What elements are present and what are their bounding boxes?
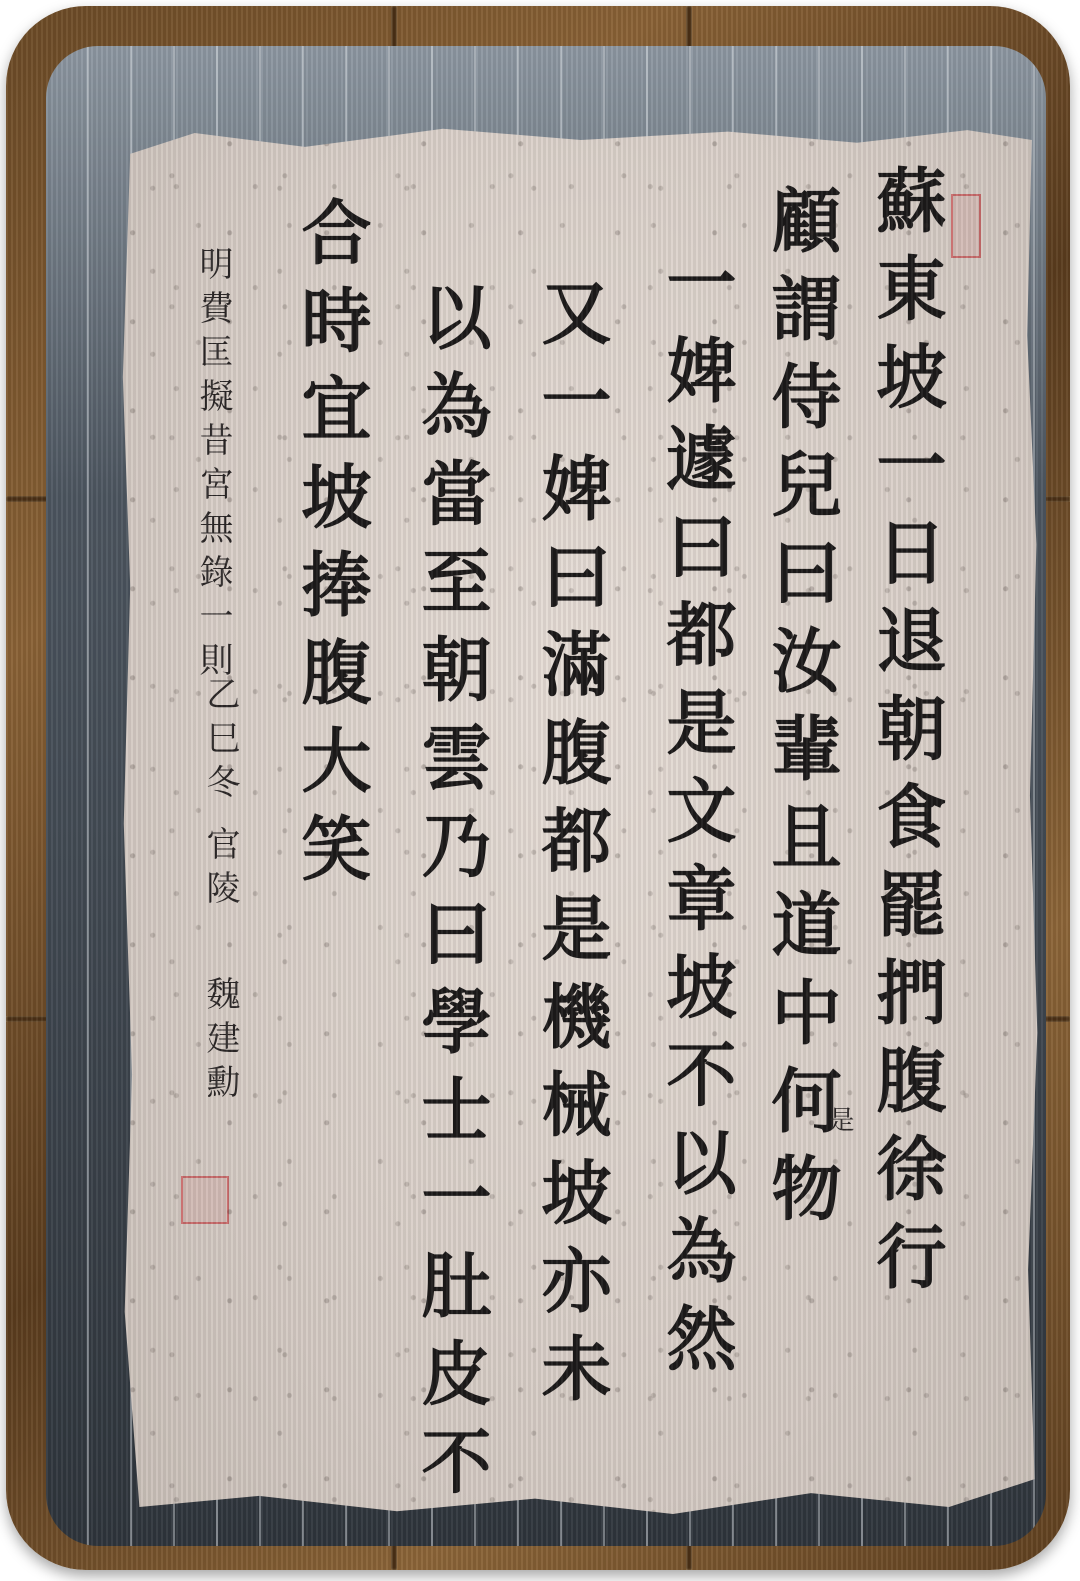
leading-seal xyxy=(951,194,981,258)
calligraphy-column-2: 顧謂侍兒曰汝輩且道中何物 xyxy=(751,184,852,1240)
calligraphy-paper: 蘇東坡一日退朝食罷捫腹徐行 顧謂侍兒曰汝輩且道中何物 是 一婢遽曰都是文章坡不以… xyxy=(121,126,1041,1521)
calligraphy-column-5: 以為當至朝雲乃曰學士一肚皮不 xyxy=(401,281,502,1513)
calligraphy-column-4: 又一婢曰滿腹都是機械坡亦未 xyxy=(521,276,622,1420)
frame-node xyxy=(686,6,692,48)
frame-node xyxy=(6,496,48,502)
inscription: 明費匡擬昔宮無錄一則 xyxy=(189,246,238,686)
calligraphy-column-6: 合時宜坡捧腹大笑 xyxy=(281,196,382,900)
place: 官陵 xyxy=(196,826,245,914)
pinstripe-mat: 蘇東坡一日退朝食罷捫腹徐行 顧謂侍兒曰汝輩且道中何物 是 一婢遽曰都是文章坡不以… xyxy=(46,46,1046,1546)
frame-node xyxy=(391,6,397,48)
interlinear-note: 是 xyxy=(821,1106,858,1142)
signature: 魏建勳 xyxy=(196,976,245,1108)
frame-node xyxy=(6,1016,48,1022)
name-seal xyxy=(181,1176,229,1224)
bamboo-frame: 蘇東坡一日退朝食罷捫腹徐行 顧謂侍兒曰汝輩且道中何物 是 一婢遽曰都是文章坡不以… xyxy=(6,6,1070,1570)
calligraphy-column-3: 一婢遽曰都是文章坡不以為然 xyxy=(646,246,747,1390)
date: 乙巳冬 xyxy=(196,676,245,808)
calligraphy-column-1: 蘇東坡一日退朝食罷捫腹徐行 xyxy=(856,164,957,1308)
